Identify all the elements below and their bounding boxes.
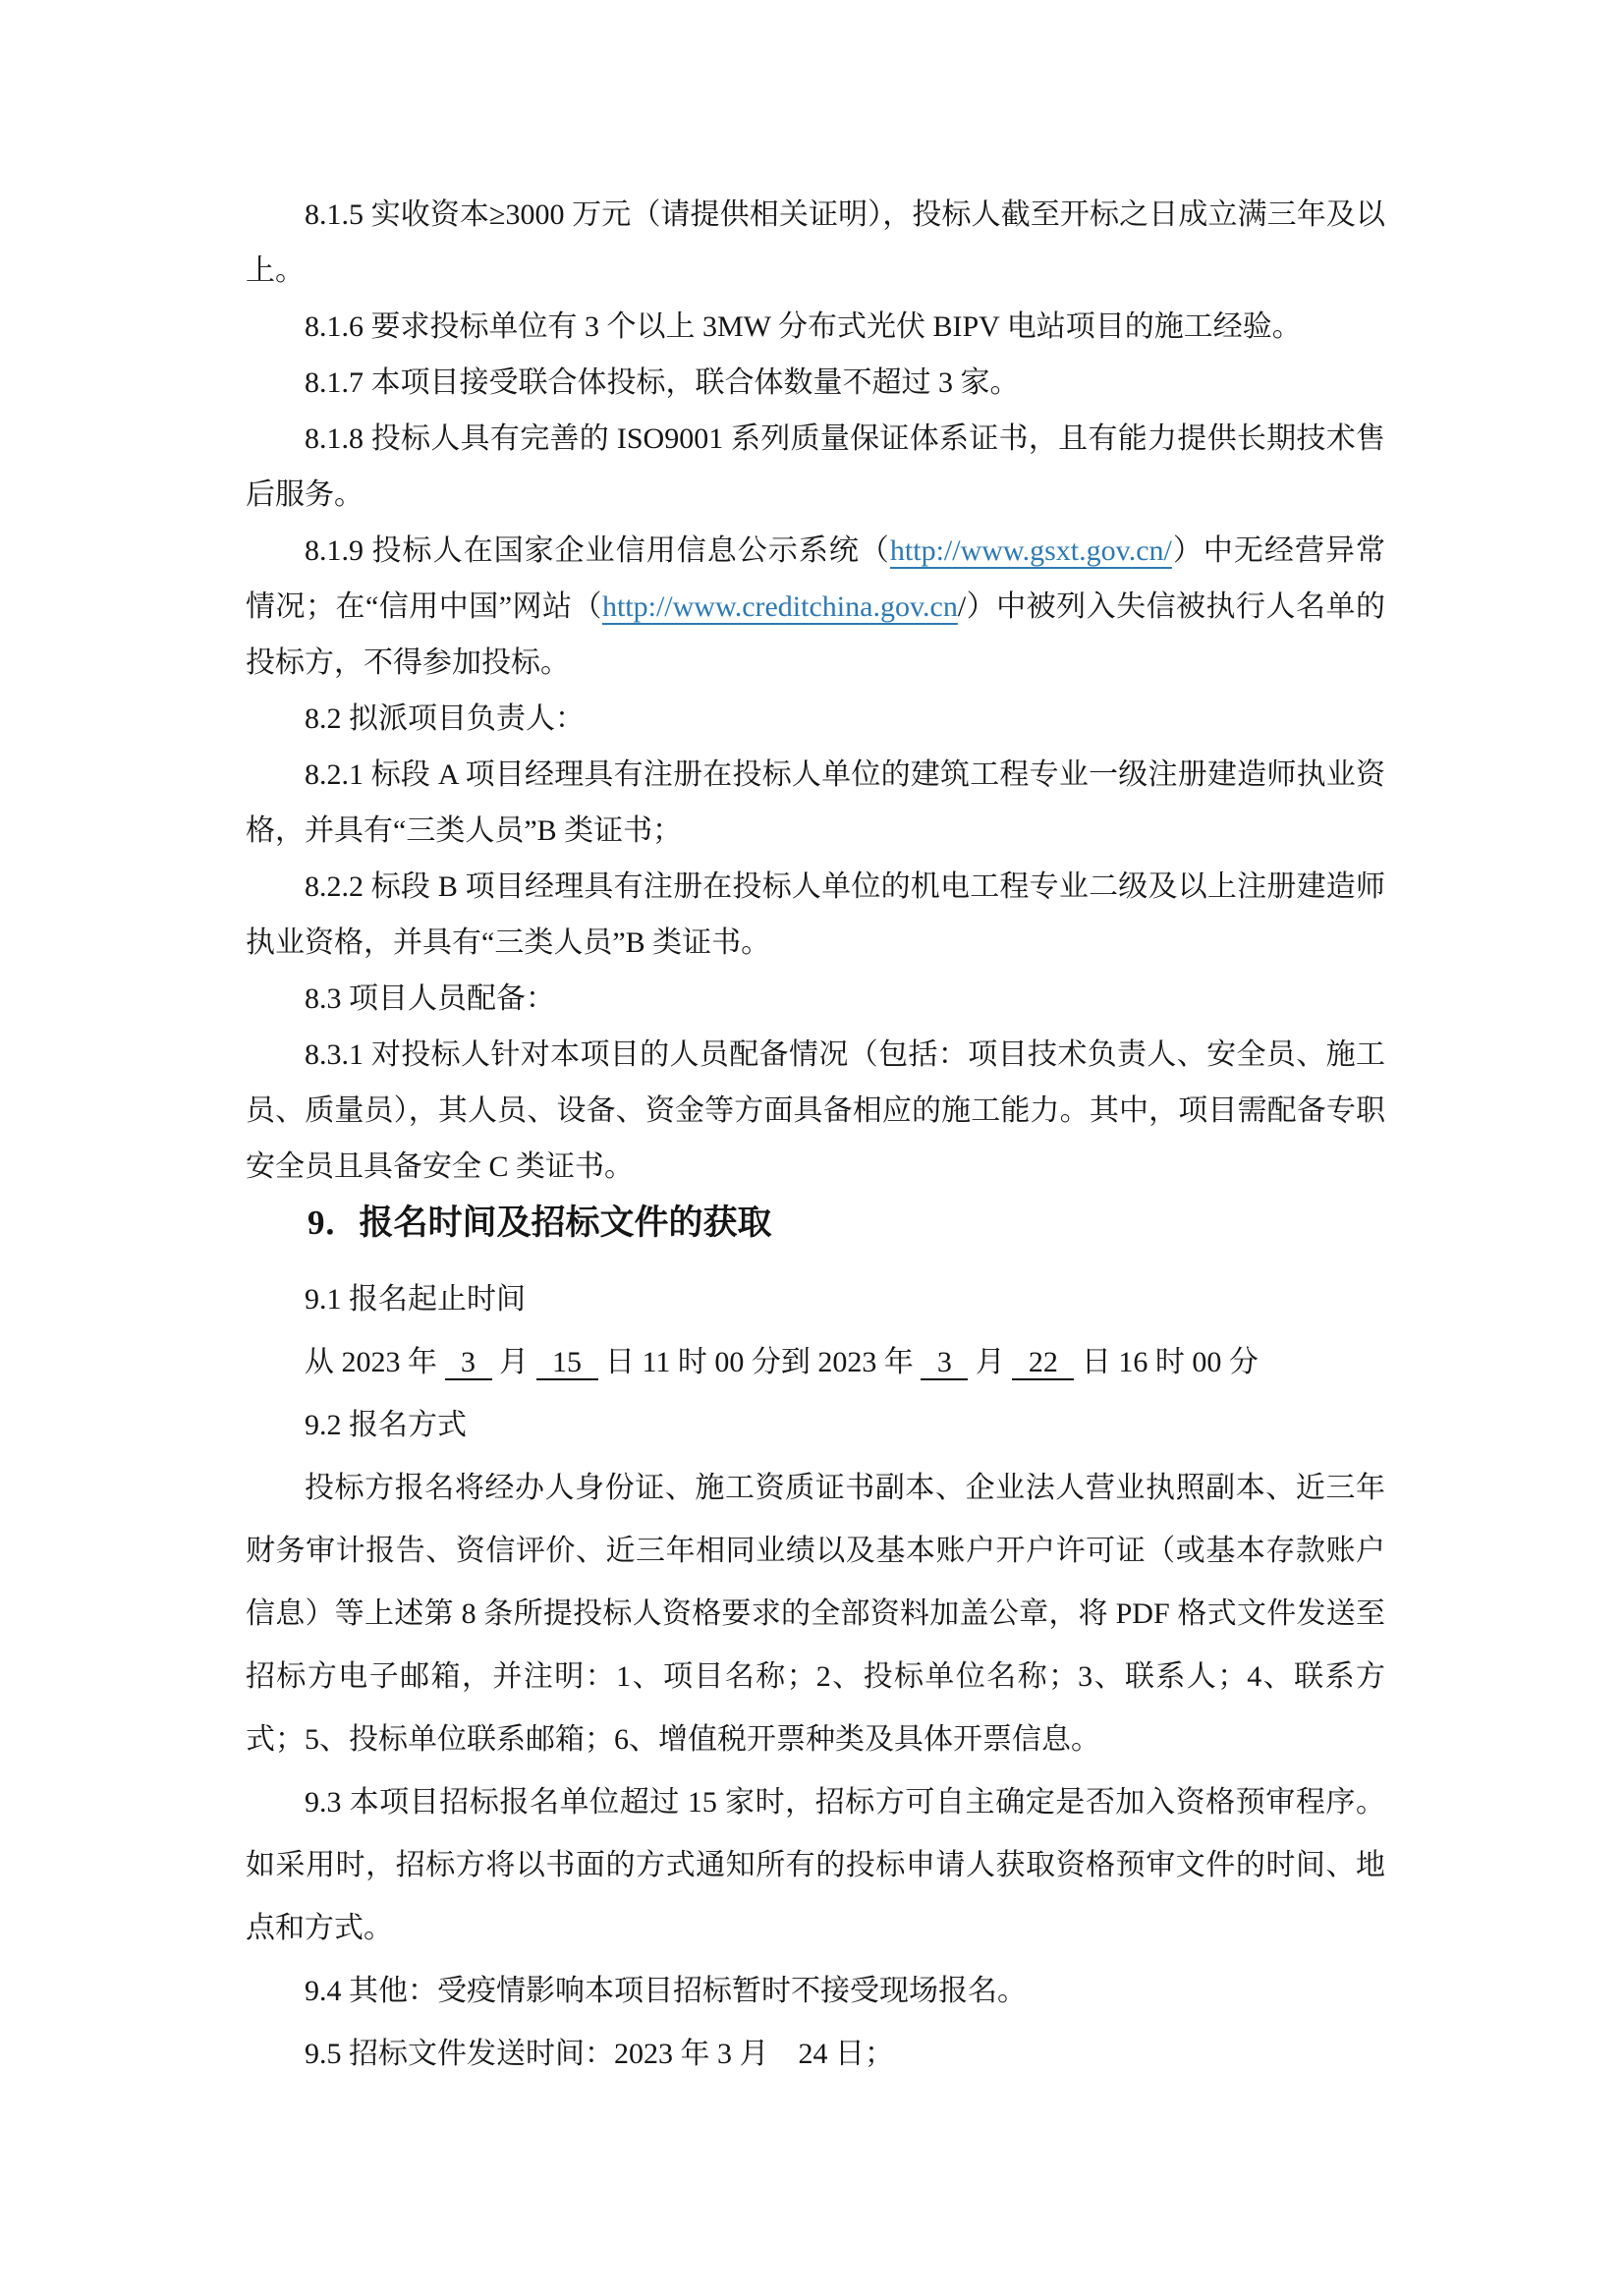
clause-8-3-1: 8.3.1 对投标人针对本项目的人员配备情况（包括：项目技术负责人、安全员、施工…	[246, 1027, 1385, 1195]
text-run: 9.4 其他：受疫情影响本项目招标暂时不接受现场报名。	[305, 1975, 1027, 2007]
document-page: 8.1.5 实收资本≥3000 万元（请提供相关证明），投标人截至开标之日成立满…	[0, 0, 1624, 2296]
text-run: 8.2.2 标段 B 项目经理具有注册在投标人单位的机电工程专业二级及以上注册建…	[246, 870, 1385, 959]
section-9-heading: 9．报名时间及招标文件的获取	[246, 1195, 1385, 1251]
clause-8-2: 8.2 拟派项目负责人：	[246, 691, 1385, 747]
clause-9-3: 9.3 本项目招标报名单位超过 15 家时，招标方可自主确定是否加入资格预审程序…	[246, 1771, 1385, 1960]
filled-blank: 15	[536, 1346, 598, 1380]
text-run: 8.1.6 要求投标单位有 3 个以上 3MW 分布式光伏 BIPV 电站项目的…	[305, 310, 1302, 343]
text-run: 9.2 报名方式	[305, 1409, 467, 1441]
text-run: 8.1.9 投标人在国家企业信用信息公示系统（	[305, 534, 890, 567]
clause-9-5: 9.5 招标文件发送时间：2023 年 3 月 24 日；	[246, 2023, 1385, 2086]
text-run: 月	[492, 1346, 536, 1378]
document-body: 8.1.5 实收资本≥3000 万元（请提供相关证明），投标人截至开标之日成立满…	[246, 187, 1385, 2086]
clause-8-2-1: 8.2.1 标段 A 项目经理具有注册在投标人单位的建筑工程专业一级注册建造师执…	[246, 747, 1385, 859]
text-run: 8.2.1 标段 A 项目经理具有注册在投标人单位的建筑工程专业一级注册建造师执…	[246, 758, 1385, 847]
clause-8-3: 8.3 项目人员配备：	[246, 971, 1385, 1027]
clause-8-1-5: 8.1.5 实收资本≥3000 万元（请提供相关证明），投标人截至开标之日成立满…	[246, 187, 1385, 299]
text-run: 日 16 时 00 分	[1074, 1346, 1259, 1378]
text-run: 月	[968, 1346, 1012, 1378]
text-run: 9.3 本项目招标报名单位超过 15 家时，招标方可自主确定是否加入资格预审程序…	[246, 1786, 1385, 1944]
text-run: 从 2023 年	[305, 1346, 445, 1378]
clause-9-2-body: 投标方报名将经办人身份证、施工资质证书副本、企业法人营业执照副本、近三年财务审计…	[246, 1457, 1385, 1771]
text-run: 8.3 项目人员配备：	[305, 982, 555, 1015]
text-run: 9.5 招标文件发送时间：2023 年 3 月 24 日；	[305, 2038, 894, 2070]
filled-blank: 22	[1012, 1346, 1074, 1380]
clause-9-4: 9.4 其他：受疫情影响本项目招标暂时不接受现场报名。	[246, 1960, 1385, 2023]
clause-9-2: 9.2 报名方式	[246, 1394, 1385, 1457]
clause-8-1-7: 8.1.7 本项目接受联合体投标，联合体数量不超过 3 家。	[246, 355, 1385, 411]
clause-8-2-2: 8.2.2 标段 B 项目经理具有注册在投标人单位的机电工程专业二级及以上注册建…	[246, 859, 1385, 971]
text-run: 日 11 时 00 分到 2023 年	[598, 1346, 922, 1378]
clause-8-1-8: 8.1.8 投标人具有完善的 ISO9001 系列质量保证体系证书，且有能力提供…	[246, 411, 1385, 523]
text-run: 投标方报名将经办人身份证、施工资质证书副本、企业法人营业执照副本、近三年财务审计…	[246, 1472, 1385, 1756]
text-run: 8.1.5 实收资本≥3000 万元（请提供相关证明），投标人截至开标之日成立满…	[246, 198, 1385, 287]
clause-9-1-dates: 从 2023 年 3 月 15 日 11 时 00 分到 2023 年 3 月 …	[246, 1331, 1385, 1394]
hyperlink[interactable]: http://www.creditchina.gov.cn	[602, 590, 958, 623]
text-run: 8.2 拟派项目负责人：	[305, 702, 585, 735]
filled-blank: 3	[445, 1346, 492, 1380]
text-run: 8.1.8 投标人具有完善的 ISO9001 系列质量保证体系证书，且有能力提供…	[246, 422, 1385, 511]
clause-8-1-6: 8.1.6 要求投标单位有 3 个以上 3MW 分布式光伏 BIPV 电站项目的…	[246, 299, 1385, 355]
text-run: 9.1 报名起止时间	[305, 1283, 526, 1316]
clause-8-1-9: 8.1.9 投标人在国家企业信用信息公示系统（http://www.gsxt.g…	[246, 523, 1385, 691]
text-run: 8.1.7 本项目接受联合体投标，联合体数量不超过 3 家。	[305, 366, 1020, 399]
text-run: 8.3.1 对投标人针对本项目的人员配备情况（包括：项目技术负责人、安全员、施工…	[246, 1038, 1385, 1183]
hyperlink[interactable]: http://www.gsxt.gov.cn/	[890, 534, 1172, 567]
clause-9-1: 9.1 报名起止时间	[246, 1268, 1385, 1331]
filled-blank: 3	[921, 1346, 968, 1380]
